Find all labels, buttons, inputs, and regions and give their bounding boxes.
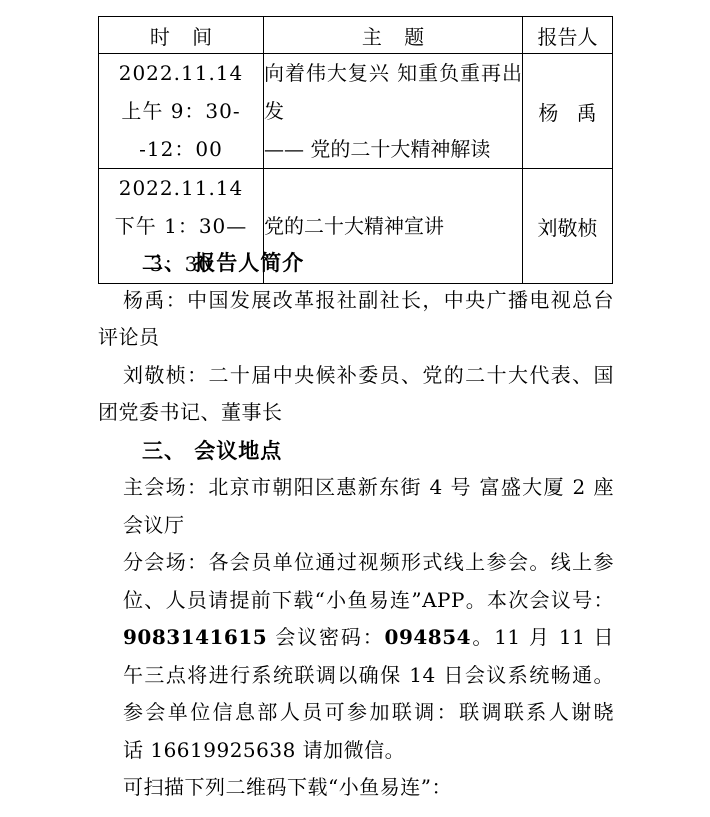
morning-date: 2022.11.14 — [99, 54, 263, 92]
morning-topic-cell: 向着伟大复兴 知重负重再出 发 —— 党的二十大精神解读 — [264, 54, 523, 169]
morning-topic-line1: 向着伟大复兴 知重负重再出 — [264, 54, 522, 92]
yang-bio-line1: 杨禹：中国发展改革报社副社长，中央广播电视总台特约 — [98, 282, 614, 320]
morning-speaker: 杨 禹 — [523, 54, 613, 169]
branch-venue-line5: 参会单位信息部人员可参加联调：联调联系人谢晓云，电 — [98, 694, 614, 732]
morning-time-cell: 2022.11.14 上午 9：30--12：00 — [99, 54, 264, 169]
main-venue-line1: 主会场：北京市朝阳区惠新东街 4 号 富盛大厦 2 座 六层 — [98, 469, 614, 507]
branch-venue-line6: 话 16619925638 请加微信。 — [98, 732, 614, 770]
document-body: 二、 报告人简介 杨禹：中国发展改革报社副社长，中央广播电视总台特约 评论员 刘… — [98, 244, 614, 807]
document-page: 时 间 主 题 报告人 2022.11.14 上午 9：30--12：00 向着… — [0, 0, 710, 817]
morning-hours: 上午 9：30--12：00 — [99, 92, 263, 168]
morning-topic-line3: —— 党的二十大精神解读 — [264, 130, 522, 168]
table-row-morning: 2022.11.14 上午 9：30--12：00 向着伟大复兴 知重负重再出 … — [99, 54, 613, 169]
branch-venue-line4: 午三点将进行系统联调以确保 14 日会议系统畅通。各线上 — [98, 657, 614, 695]
yang-bio-line2: 评论员 — [98, 319, 614, 357]
qr-code-line: 可扫描下列二维码下载“小鱼易连”： — [98, 769, 614, 807]
branch-venue-line1: 分会场：各会员单位通过视频形式线上参会。线上参会单 — [98, 544, 614, 582]
header-speaker: 报告人 — [523, 17, 613, 54]
meeting-password-number: 094854 — [385, 625, 472, 649]
section-heading-speakers: 二、 报告人简介 — [98, 244, 614, 282]
section-heading-venue: 三、 会议地点 — [98, 432, 614, 470]
morning-topic-line2: 发 — [264, 92, 522, 130]
main-venue-line2: 会议厅 — [98, 507, 614, 545]
afternoon-date: 2022.11.14 — [99, 169, 263, 207]
table-header-row: 时 间 主 题 报告人 — [99, 17, 613, 54]
meeting-password-label: 会议密码： — [267, 625, 384, 649]
meeting-id-number: 9083141615 — [123, 625, 267, 649]
liu-bio-line1: 刘敬桢：二十届中央候补委员、党的二十大代表、国药集 — [98, 357, 614, 395]
branch-venue-line3: 9083141615 会议密码：094854。11 月 11 日（周五）下 — [98, 619, 614, 657]
liu-bio-line2: 团党委书记、董事长 — [98, 394, 614, 432]
header-time: 时 间 — [99, 17, 264, 54]
afternoon-topic-line1: 党的二十大精神宣讲 — [264, 207, 522, 245]
branch-venue-line2: 位、人员请提前下载“小鱼易连”APP。本次会议号： — [98, 582, 614, 620]
header-topic: 主 题 — [264, 17, 523, 54]
